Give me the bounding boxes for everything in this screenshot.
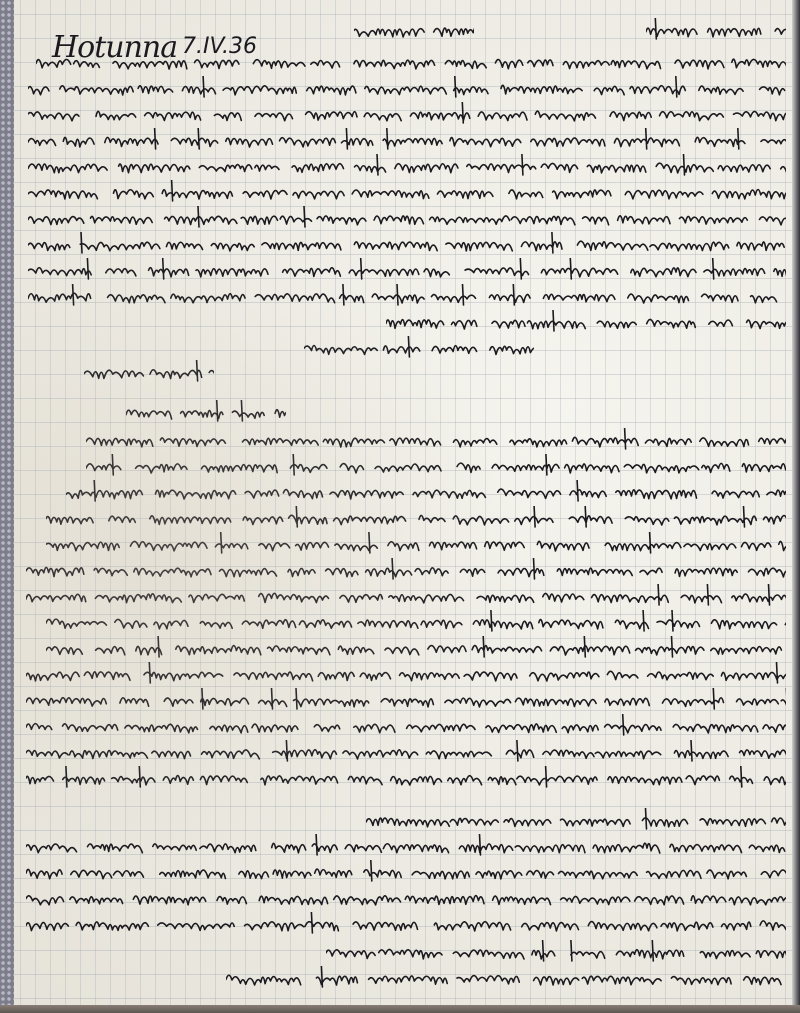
backing-strip-bottom [0,1005,800,1013]
handwriting-line [646,18,786,40]
handwriting-line [28,102,786,124]
handwriting-line [26,766,786,788]
handwriting-line [28,284,786,306]
handwriting-line [28,258,786,280]
handwriting-line [46,532,786,554]
letter-photo: Hotunna 7.IV.36 [0,0,800,1013]
handwriting-line [26,558,786,580]
handwriting-line [28,180,786,202]
handwriting-line [326,940,786,962]
handwriting-line [84,360,214,382]
handwriting-line [26,860,786,882]
handwriting-line [36,50,786,72]
handwriting-line [26,886,786,908]
handwriting-line [366,808,786,830]
handwriting-line [66,480,786,502]
handwriting-line [86,428,786,450]
handwriting-line [26,912,786,934]
handwriting-line [226,966,786,988]
handwriting-line [304,336,534,358]
handwriting-line [28,232,786,254]
handwriting-line [46,506,786,528]
handwriting-line [26,662,786,684]
handwriting-line [26,714,786,736]
handwriting-line [26,740,786,762]
handwriting-line [26,834,786,856]
handwriting-line [126,400,286,422]
handwriting-line [28,206,786,228]
backing-strip-right [792,0,800,1013]
handwriting-line [26,584,786,606]
letter-paper: Hotunna 7.IV.36 [14,0,792,1005]
handwriting-line [86,454,786,476]
handwriting-line [28,154,786,176]
handwriting-line [354,18,474,40]
handwriting-line [26,688,786,710]
backing-strip-left [0,0,14,1013]
handwriting-line [46,636,786,658]
handwriting-line [386,310,786,332]
handwriting-line [46,610,786,632]
handwriting-line [28,128,786,150]
handwriting-line [28,76,786,98]
